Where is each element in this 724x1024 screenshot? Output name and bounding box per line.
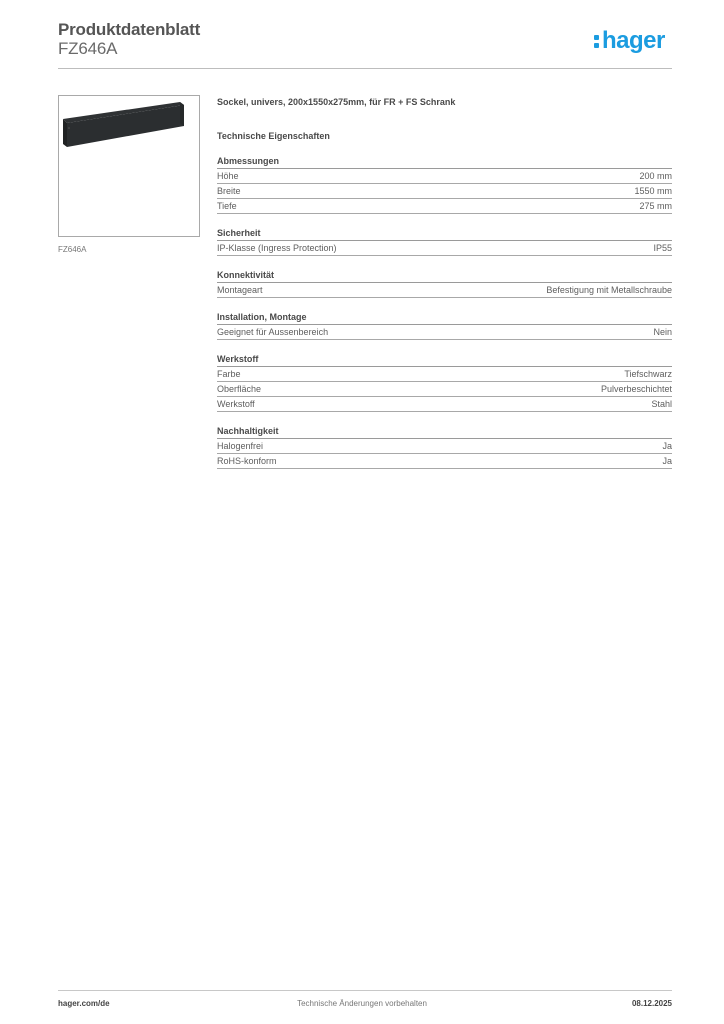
section-technical-properties: Technische Eigenschaften bbox=[217, 130, 672, 142]
spec-row: HalogenfreiJa bbox=[217, 439, 672, 454]
spec-group-title: Installation, Montage bbox=[217, 311, 672, 325]
spec-row: MontageartBefestigung mit Metallschraube bbox=[217, 283, 672, 298]
spec-label: IP-Klasse (Ingress Protection) bbox=[217, 241, 337, 255]
product-description: Sockel, univers, 200x1550x275mm, für FR … bbox=[217, 96, 672, 108]
spec-group-title: Nachhaltigkeit bbox=[217, 425, 672, 439]
spec-label: Montageart bbox=[217, 283, 263, 297]
spec-value: 275 mm bbox=[639, 199, 672, 213]
logo-text: hager bbox=[602, 27, 665, 54]
spec-row: Breite1550 mm bbox=[217, 184, 672, 199]
spec-label: Farbe bbox=[217, 367, 241, 381]
spec-group: KonnektivitätMontageartBefestigung mit M… bbox=[217, 269, 672, 298]
document-title: Produktdatenblatt bbox=[58, 20, 200, 40]
spec-content: Sockel, univers, 200x1550x275mm, für FR … bbox=[217, 96, 672, 469]
spec-group-title: Konnektivität bbox=[217, 269, 672, 283]
spec-value: IP55 bbox=[653, 241, 672, 255]
spec-label: Werkstoff bbox=[217, 397, 255, 411]
spec-value: Ja bbox=[662, 454, 672, 468]
spec-row: Geeignet für AussenbereichNein bbox=[217, 325, 672, 340]
spec-value: Tiefschwarz bbox=[624, 367, 672, 381]
spec-row: Höhe200 mm bbox=[217, 169, 672, 184]
product-image-plinth-icon bbox=[59, 96, 199, 236]
spec-row: Tiefe275 mm bbox=[217, 199, 672, 214]
spec-value: Pulverbeschichtet bbox=[601, 382, 672, 396]
spec-value: Stahl bbox=[651, 397, 672, 411]
spec-label: Breite bbox=[217, 184, 241, 198]
spec-value: 200 mm bbox=[639, 169, 672, 183]
image-caption: FZ646A bbox=[58, 245, 86, 254]
spec-label: Oberfläche bbox=[217, 382, 261, 396]
hager-logo: hager bbox=[594, 27, 665, 55]
spec-label: Halogenfrei bbox=[217, 439, 263, 453]
product-code: FZ646A bbox=[58, 39, 117, 59]
spec-label: Geeignet für Aussenbereich bbox=[217, 325, 328, 339]
spec-label: RoHS-konform bbox=[217, 454, 277, 468]
spec-group: SicherheitIP-Klasse (Ingress Protection)… bbox=[217, 227, 672, 256]
spec-group: AbmessungenHöhe200 mmBreite1550 mmTiefe2… bbox=[217, 155, 672, 214]
spec-groups: AbmessungenHöhe200 mmBreite1550 mmTiefe2… bbox=[217, 155, 672, 469]
spec-group: NachhaltigkeitHalogenfreiJaRoHS-konformJ… bbox=[217, 425, 672, 469]
spec-group-title: Werkstoff bbox=[217, 353, 672, 367]
spec-row: WerkstoffStahl bbox=[217, 397, 672, 412]
spec-row: FarbeTiefschwarz bbox=[217, 367, 672, 382]
footer-notice: Technische Änderungen vorbehalten bbox=[0, 999, 724, 1008]
spec-row: RoHS-konformJa bbox=[217, 454, 672, 469]
spec-value: Ja bbox=[662, 439, 672, 453]
spec-group-title: Sicherheit bbox=[217, 227, 672, 241]
spec-row: IP-Klasse (Ingress Protection)IP55 bbox=[217, 241, 672, 256]
spec-value: Nein bbox=[653, 325, 672, 339]
footer-date: 08.12.2025 bbox=[632, 999, 672, 1008]
footer-divider bbox=[58, 990, 672, 991]
spec-value: 1550 mm bbox=[634, 184, 672, 198]
spec-label: Höhe bbox=[217, 169, 239, 183]
logo-colon-icon bbox=[594, 31, 599, 49]
spec-group: WerkstoffFarbeTiefschwarzOberflächePulve… bbox=[217, 353, 672, 412]
spec-group: Installation, MontageGeeignet für Aussen… bbox=[217, 311, 672, 340]
header-divider bbox=[58, 68, 672, 69]
spec-label: Tiefe bbox=[217, 199, 237, 213]
spec-value: Befestigung mit Metallschraube bbox=[546, 283, 672, 297]
spec-row: OberflächePulverbeschichtet bbox=[217, 382, 672, 397]
product-image bbox=[58, 95, 200, 237]
spec-group-title: Abmessungen bbox=[217, 155, 672, 169]
